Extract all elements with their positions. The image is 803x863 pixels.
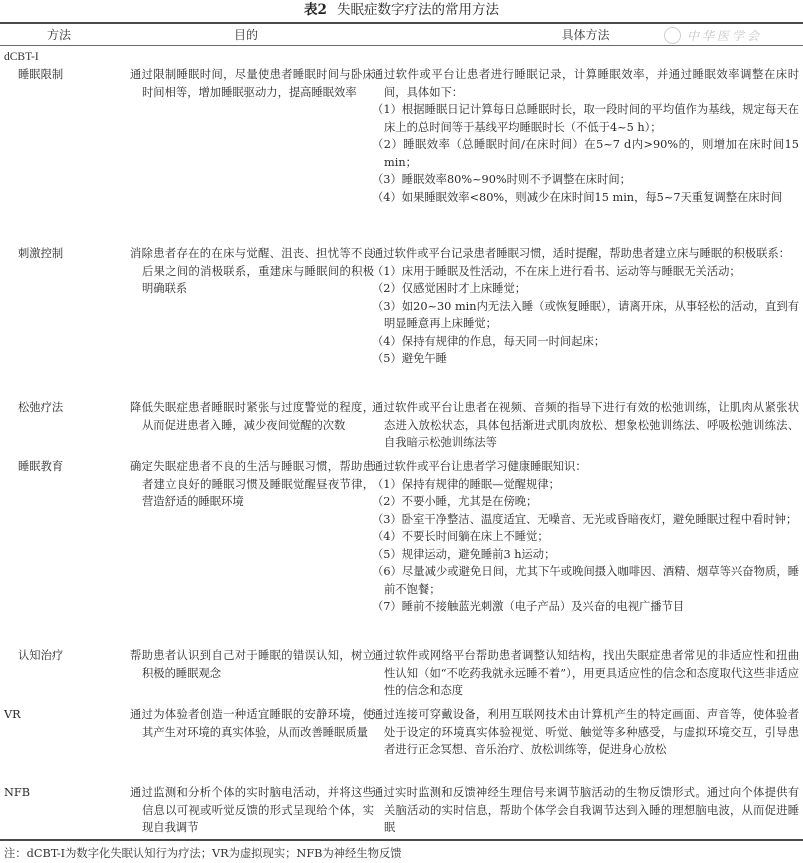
method-cell: 松弛疗法 <box>18 399 118 417</box>
table-caption: 表2失眠症数字疗法的常用方法 <box>0 0 803 20</box>
detail-item: （6）尽量减少或避免日间，尤其下午或晚间摄入咖啡因、酒精、烟草等兴奋物质，睡前不… <box>372 563 799 598</box>
detail-intro: 通过软件或平台让患者在视频、音频的指导下进行有效的松弛训练，让肌肉从紧张状态进入… <box>372 399 799 452</box>
table-note: 注：dCBT-I为数字化失眠认知行为疗法；VR为虚拟现实；NFB为神经生物反馈 <box>4 846 402 862</box>
method-cell: 睡眠限制 <box>18 66 118 84</box>
purpose-cell: 帮助患者认识到自己对于睡眠的错误认知，树立积极的睡眠观念 <box>130 647 374 682</box>
watermark-text: 中华医学会 <box>687 27 762 44</box>
detail-item: （4）如果睡眠效率<80%，则减少在床时间15 min，每5~7天重复调整在床时… <box>372 189 799 207</box>
method-cell: VR <box>4 706 104 724</box>
method-cell: 睡眠教育 <box>18 458 118 476</box>
detail-item: （2）睡眠效率（总睡眠时间/在床时间）在5~7 d内>90%的，则增加在床时间1… <box>372 136 799 171</box>
detail-cell: 通过软件或平台让患者在视频、音频的指导下进行有效的松弛训练，让肌肉从紧张状态进入… <box>372 399 799 452</box>
detail-intro: 通过连接可穿戴设备，利用互联网技术由计算机产生的特定画面、声音等，使体验者处于设… <box>372 706 799 759</box>
table-title: 失眠症数字疗法的常用方法 <box>337 2 499 18</box>
detail-item: （3）卧室干净整洁、温度适宜、无噪音、无光或昏暗夜灯，避免睡眠过程中看时钟； <box>372 511 799 529</box>
detail-intro: 通过软件或网络平台帮助患者调整认知结构，找出失眠症患者常见的非适应性和扭曲性认知… <box>372 647 799 700</box>
purpose-cell: 确定失眠症患者不良的生活与睡眠习惯，帮助患者建立良好的睡眠习惯及睡眠觉醒昼夜节律… <box>130 458 374 511</box>
detail-cell: 通过实时监测和反馈神经生理信号来调节脑活动的生物反馈形式。通过向个体提供有关脑活… <box>372 784 799 837</box>
detail-item: （1）保持有规律的睡眠—觉醒规律； <box>372 476 799 494</box>
detail-cell: 通过软件或网络平台帮助患者调整认知结构，找出失眠症患者常见的非适应性和扭曲性认知… <box>372 647 799 700</box>
detail-intro: 通过实时监测和反馈神经生理信号来调节脑活动的生物反馈形式。通过向个体提供有关脑活… <box>372 784 799 837</box>
method-cell: 刺激控制 <box>18 245 118 263</box>
detail-item: （7）睡前不接触蓝光刺激（电子产品）及兴奋的电视广播节目 <box>372 598 799 616</box>
detail-item: （1）床用于睡眠及性活动，不在床上进行看书、运动等与睡眠无关活动； <box>372 263 799 281</box>
detail-cell: 通过连接可穿戴设备，利用互联网技术由计算机产生的特定画面、声音等，使体验者处于设… <box>372 706 799 759</box>
group-label: dCBT-I <box>4 49 39 65</box>
header-rule <box>0 45 803 46</box>
detail-intro: 通过软件或平台让患者进行睡眠记录，计算睡眠效率，并通过睡眠效率调整在床时间，具体… <box>372 66 799 101</box>
detail-cell: 通过软件或平台记录患者睡眠习惯，适时提醒，帮助患者建立床与睡眠的积极联系： （1… <box>372 245 799 368</box>
header-method: 方法 <box>0 26 118 44</box>
detail-item: （2）仅感觉困时才上床睡觉； <box>372 280 799 298</box>
detail-item: （2）不要小睡，尤其是在傍晚； <box>372 493 799 511</box>
detail-item: （4）保持有规律的作息，每天同一时间起床； <box>372 333 799 351</box>
detail-item: （3）如20~30 min内无法入睡（或恢复睡眠），请离开床，从事轻松的活动，直… <box>372 298 799 333</box>
watermark: 中华医学会 <box>664 24 762 46</box>
detail-cell: 通过软件或平台让患者学习健康睡眠知识： （1）保持有规律的睡眠—觉醒规律； （2… <box>372 458 799 616</box>
method-cell: NFB <box>4 784 104 802</box>
detail-item: （1）根据睡眠日记计算每日总睡眠时长，取一段时间的平均值作为基线，规定每天在床上… <box>372 101 799 136</box>
detail-item: （4）不要长时间躺在床上不睡觉； <box>372 528 799 546</box>
detail-item: （3）睡眠效率80%~90%时则不予调整在床时间； <box>372 171 799 189</box>
detail-item: （5）规律运动，避免睡前3 h运动； <box>372 546 799 564</box>
detail-intro: 通过软件或平台让患者学习健康睡眠知识： <box>372 458 799 476</box>
purpose-cell: 消除患者存在的在床与觉醒、沮丧、担忧等不良后果之间的消极联系，重建床与睡眠间的积… <box>130 245 374 298</box>
purpose-cell: 通过限制睡眠时间，尽量使患者睡眠时间与卧床时间相等，增加睡眠驱动力，提高睡眠效率 <box>130 66 374 101</box>
detail-item: （5）避免午睡 <box>372 350 799 368</box>
detail-cell: 通过软件或平台让患者进行睡眠记录，计算睡眠效率，并通过睡眠效率调整在床时间，具体… <box>372 66 799 206</box>
seal-icon <box>664 27 681 44</box>
method-cell: 认知治疗 <box>18 647 118 665</box>
purpose-cell: 降低失眠症患者睡眠时紧张与过度警觉的程度，从而促进患者入睡，减少夜间觉醒的次数 <box>130 399 374 434</box>
purpose-cell: 通过为体验者创造一种适宜睡眠的安静环境，使其产生对环境的真实体验，从而改善睡眠质… <box>130 706 374 741</box>
table-number: 表2 <box>304 2 327 18</box>
bottom-rule <box>0 839 803 841</box>
detail-intro: 通过软件或平台记录患者睡眠习惯，适时提醒，帮助患者建立床与睡眠的积极联系： <box>372 245 799 263</box>
purpose-cell: 通过监测和分析个体的实时脑电活动，并将这些信息以可视或听觉反馈的形式呈现给个体，… <box>130 784 374 837</box>
header-purpose: 目的 <box>130 26 362 44</box>
